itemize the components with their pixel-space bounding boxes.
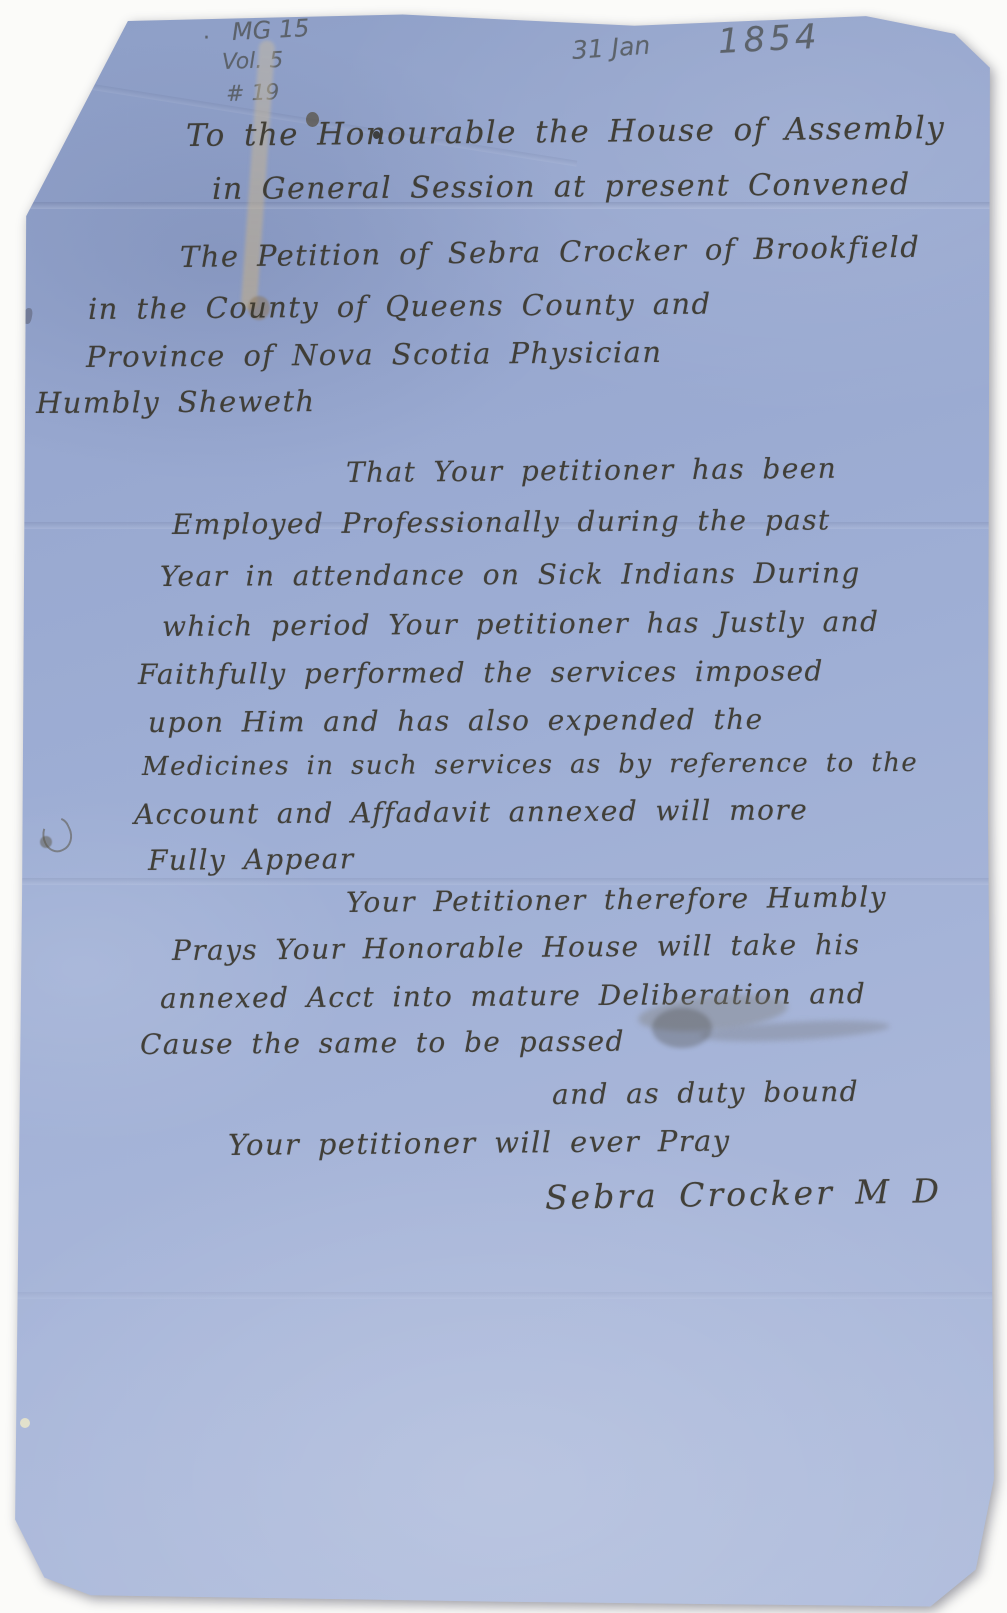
date-day-month: 31 Jan — [571, 31, 651, 65]
archive-stamp-line-2: Vol. 5 — [222, 48, 284, 75]
salutation-line-2: in General Session at present Convened — [212, 167, 911, 207]
paper-shadow: · MG 15 Vol. 5 # 19 31 Jan 1854 To the H… — [0, 0, 1007, 1613]
ink-smudge — [652, 1008, 712, 1048]
ink-smudge — [700, 1017, 891, 1045]
prayer-line-3: annexed Acct into mature Deliberation an… — [160, 977, 866, 1015]
scanned-document: · MG 15 Vol. 5 # 19 31 Jan 1854 To the H… — [0, 0, 1007, 1613]
prayer-line-2: Prays Your Honorable House will take his — [172, 928, 861, 967]
edge-mark — [20, 1418, 30, 1428]
ever-pray-line: Your petitioner will ever Pray — [228, 1124, 731, 1162]
duty-bound-line: and as duty bound — [552, 1075, 859, 1111]
body-line-7: Medicines in such services as by referen… — [142, 748, 918, 782]
paper-sheet: · MG 15 Vol. 5 # 19 31 Jan 1854 To the H… — [0, 0, 1007, 1613]
archive-stamp-line-1: MG 15 — [231, 14, 310, 46]
ink-blot — [40, 836, 52, 848]
prayer-line-1: Your Petitioner therefore Humbly — [346, 880, 887, 919]
fold-crease — [0, 1292, 1007, 1299]
body-line-6: upon Him and has also expended the — [148, 703, 764, 739]
body-line-2: Employed Professionally during the past — [172, 503, 831, 541]
prayer-line-4: Cause the same to be passed — [140, 1025, 625, 1061]
signature: Sebra Crocker M D — [545, 1171, 943, 1217]
salutation-line-1: To the Honourable the House of Assembly — [186, 110, 946, 154]
body-line-4: which period Your petitioner has Justly … — [162, 605, 880, 643]
body-line-1: That Your petitioner has been — [346, 452, 837, 489]
body-line-3: Year in attendance on Sick Indians Durin… — [160, 556, 861, 593]
archive-stamp-dot: · — [203, 26, 210, 51]
archive-stamp-line-3: # 19 — [226, 80, 280, 107]
body-line-8: Account and Affadavit annexed will more — [134, 793, 808, 831]
date-year: 1854 — [717, 17, 821, 62]
ink-blot — [36, 813, 78, 856]
petition-intro-line-1: The Petition of Sebra Crocker of Brookfi… — [180, 230, 921, 274]
petition-intro-line-3: Province of Nova Scotia Physician — [86, 335, 663, 374]
edge-mark — [23, 307, 34, 324]
body-line-9: Fully Appear — [148, 842, 355, 877]
humbly-sheweth-line: Humbly Sheweth — [36, 384, 316, 420]
petition-intro-line-2: in the County of Queens County and — [88, 287, 712, 326]
body-line-5: Faithfully performed the services impose… — [138, 654, 824, 691]
